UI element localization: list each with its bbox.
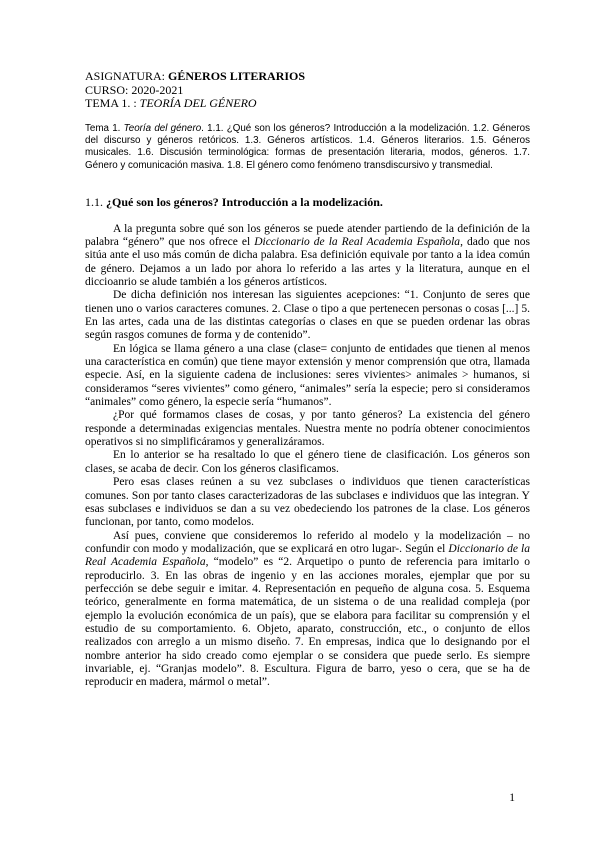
section-title: ¿Qué son los géneros? Introducción a la … xyxy=(106,195,383,209)
tema-label: TEMA 1. : xyxy=(85,96,140,110)
syllabus-text: Tema 1. xyxy=(85,123,124,134)
tema-line: TEMA 1. : TEORÍA DEL GÉNERO xyxy=(85,97,530,111)
body-paragraph: De dicha definición nos interesan las si… xyxy=(85,289,530,342)
body-paragraph: Pero esas clases reúnen a su vez subclas… xyxy=(85,476,530,529)
syllabus-italic-text: Teoría del género xyxy=(124,123,202,134)
paragraph-italic-text: Diccionario de la Real Academia Española xyxy=(254,236,460,248)
subject-line: ASIGNATURA: GÉNEROS LITERARIOS xyxy=(85,70,530,84)
body-paragraph: En lo anterior se ha resaltado lo que el… xyxy=(85,449,530,476)
paragraph-text: En lo anterior se ha resaltado lo que el… xyxy=(85,449,530,474)
document-header: ASIGNATURA: GÉNEROS LITERARIOS CURSO: 20… xyxy=(85,70,530,111)
page-content: ASIGNATURA: GÉNEROS LITERARIOS CURSO: 20… xyxy=(85,70,530,690)
document-page: ASIGNATURA: GÉNEROS LITERARIOS CURSO: 20… xyxy=(0,0,599,848)
body-paragraph: A la pregunta sobre qué son los géneros … xyxy=(85,223,530,290)
tema-title: TEORÍA DEL GÉNERO xyxy=(140,96,257,110)
page-number: 1 xyxy=(85,792,515,804)
course-line: CURSO: 2020-2021 xyxy=(85,84,530,98)
body-paragraph: En lógica se llama género a una clase (c… xyxy=(85,343,530,410)
paragraph-text: Pero esas clases reúnen a su vez subclas… xyxy=(85,476,530,528)
paragraph-text: De dicha definición nos interesan las si… xyxy=(85,289,530,341)
paragraph-text: ¿Por qué formamos clases de cosas, y por… xyxy=(85,409,530,448)
body-text: A la pregunta sobre qué son los géneros … xyxy=(85,223,530,690)
subject-value: GÉNEROS LITERARIOS xyxy=(168,69,305,83)
paragraph-text: En lógica se llama género a una clase (c… xyxy=(85,343,530,408)
section-heading: 1.1. ¿Qué son los géneros? Introducción … xyxy=(85,196,530,210)
syllabus-paragraph: Tema 1. Teoría del género. 1.1. ¿Qué son… xyxy=(85,123,530,173)
paragraph-text: , “modelo” es “2. Arquetipo o punto de r… xyxy=(85,556,530,688)
section-number: 1.1. xyxy=(85,195,106,209)
body-paragraph: Así pues, conviene que consideremos lo r… xyxy=(85,530,530,690)
subject-label: ASIGNATURA: xyxy=(85,69,168,83)
body-paragraph: ¿Por qué formamos clases de cosas, y por… xyxy=(85,409,530,449)
